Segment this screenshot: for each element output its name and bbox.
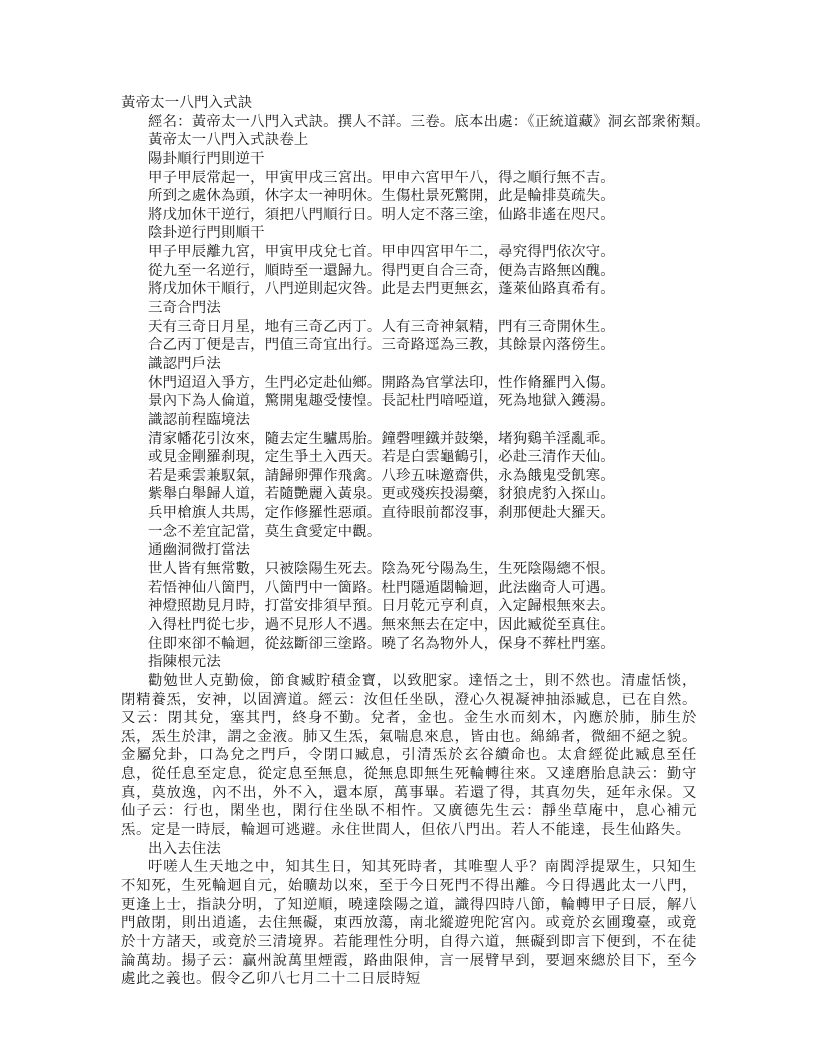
verse-line: 將戊加休干逆行，須把八門順行日。明人定不落三塗，仙路非遙在咫尺。: [121, 206, 697, 225]
verse-line: 入得杜門從七步，過不見形人不遇。無來無去在定中，因此臧從至真住。: [121, 616, 697, 635]
verse-line: 紫舉白舉歸人道，若隨艷麗入黃泉。更或殘疾投湯藥，豺狼虎豹入探山。: [121, 485, 697, 504]
body-paragraph: 吁嗟人生天地之中，知其生日，知其死時者，其唯聖人乎？南閻浮提眾生，只知生不知死，…: [121, 858, 697, 989]
verse-line: 景內下為人倫道，驚開鬼趣受悽惶。長記杜門喑啞道，死為地獄入鑊湯。: [121, 392, 697, 411]
verse-line: 神燈照勘見月時，打當安排須早預。日月乾元亨利貞，入定歸根無來去。: [121, 597, 697, 616]
body-paragraph: 勸勉世人克勤儉，節食臧貯積金寶，以致肥家。達悟之士，則不然也。清虛恬惔，閉精養炁…: [121, 672, 697, 840]
verse-line: 若是乘雲兼馭氣，請歸卵彈作飛禽。八珍五味邀齋供，永為餓鬼受飢寒。: [121, 467, 697, 486]
verse-line: 將戊加休干順行，八門逆則起灾咎。此是去門更無玄，蓬萊仙路真希有。: [121, 280, 697, 299]
verse-line: 甲子甲辰常起一，甲寅甲戌三宮出。甲申六宮甲午八，得之順行無不吉。: [121, 169, 697, 188]
verse-line: 或見金剛羅刹現，定生爭土入西天。若是白雲龜鶴引，必赴三清作天仙。: [121, 448, 697, 467]
verse-line: 從九至一名逆行，順時至一還歸九。得門更自合三奇，便為吉路無凶醜。: [121, 262, 697, 281]
section-heading: 出入去住法: [121, 840, 697, 859]
verse-line: 若悟神仙八箇門，八箇門中一箇路。杜門隱遁閟輪迴，此法幽奇人可遇。: [121, 579, 697, 598]
section-heading: 識認前程臨境法: [121, 411, 697, 430]
verse-line: 天有三奇日月星，地有三奇乙丙丁。人有三奇神氣精，門有三奇開休生。: [121, 318, 697, 337]
document-title: 黃帝太一八門入式訣: [121, 94, 697, 113]
verse-line: 所到之處休為頭，休字太一神明休。生傷杜景死驚開，此是輪排莫疏失。: [121, 187, 697, 206]
verse-line: 住即來卻不輪迴，從玆斷卻三塗路。曉了名為物外人，保身不葬杜門塞。: [121, 635, 697, 654]
verse-line: 兵甲槍旗人共馬，定作修羅性惡頑。直待眼前都沒事，刹那便赴大羅天。: [121, 504, 697, 523]
verse-line: 世人皆有無常數，只被陰陽生死去。陰為死兮陽為生，生死陰陽總不恨。: [121, 560, 697, 579]
section-heading: 陽卦順行門則逆干: [121, 150, 697, 169]
section-heading: 識認門戶法: [121, 355, 697, 374]
section-heading: 三奇合門法: [121, 299, 697, 318]
section-heading: 陰卦逆行門則順干: [121, 224, 697, 243]
document-page: 黃帝太一八門入式訣 經名：黃帝太一八門入式訣。撰人不詳。三卷。底本出處：《正統道…: [121, 94, 697, 989]
verse-line: 甲子甲辰離九宮，甲寅甲戌兌七首。甲申四宮甲午二，尋究得門依次守。: [121, 243, 697, 262]
section-heading: 指陳根元法: [121, 653, 697, 672]
verse-line: 休門迢迢入爭方，生門必定赴仙鄉。開路為官掌法印，性作脩羅門入傷。: [121, 374, 697, 393]
meta-line: 經名：黃帝太一八門入式訣。撰人不詳。三卷。底本出處：《正統道藏》洞玄部衆術類。: [121, 113, 697, 132]
verse-line: 合乙丙丁便是吉，門值三奇宜出行。三奇路逕為三教，其餘景內落傍生。: [121, 336, 697, 355]
volume-title: 黃帝太一八門入式訣卷上: [121, 131, 697, 150]
section-heading: 通幽洞微打當法: [121, 541, 697, 560]
verse-line: 一念不差宜記當，莫生貪愛定中觀。: [121, 523, 697, 542]
verse-line: 清家幡花引汝來，隨去定生驢馬胎。鐘磬哩鐵并鼓樂，堵狗鷄羊淫亂乖。: [121, 430, 697, 449]
